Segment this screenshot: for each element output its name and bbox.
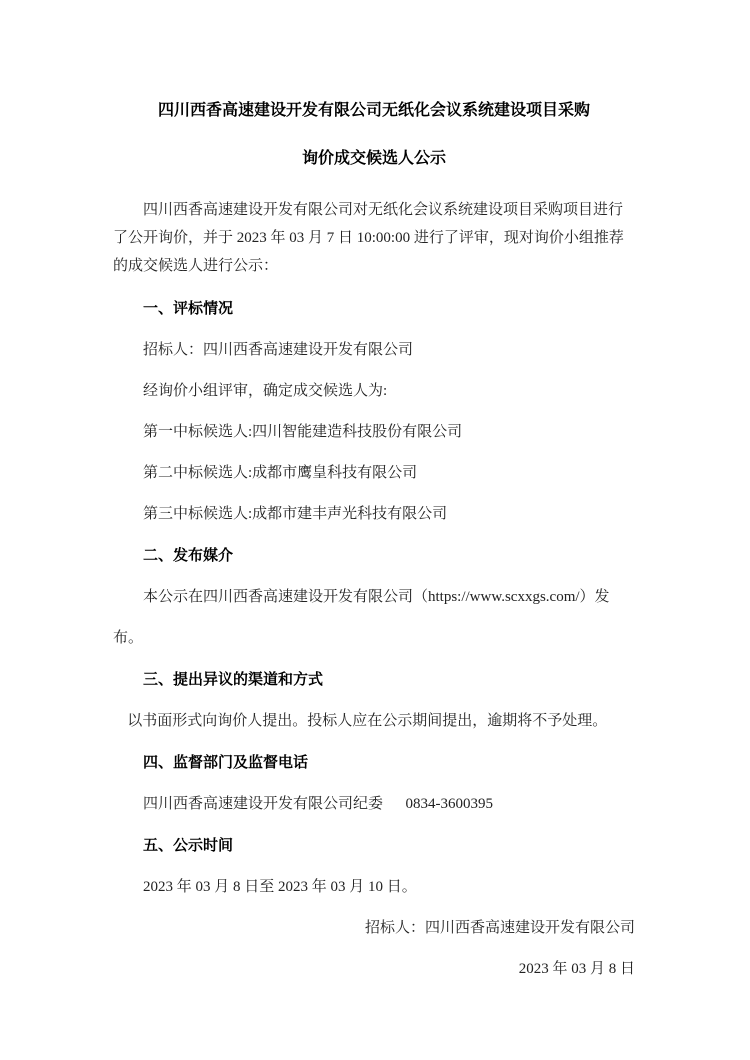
candidate-1-line: 第一中标候选人:四川智能建造科技股份有限公司 — [113, 417, 635, 447]
bidder-line: 招标人：四川西香高速建设开发有限公司 — [113, 335, 635, 365]
candidate-3-line: 第三中标候选人:成都市建丰声光科技有限公司 — [113, 499, 635, 529]
intro-line: 四川西香高速建设开发有限公司对无纸化会议系统建设项目采购项目进行 — [113, 196, 635, 224]
section-2-heading: 二、发布媒介 — [113, 541, 635, 571]
section-supervision: 四、监督部门及监督电话 四川西香高速建设开发有限公司纪委 0834-360039… — [113, 748, 635, 819]
section-evaluation: 一、评标情况 招标人：四川西香高速建设开发有限公司 经询价小组评审，确定成交候选… — [113, 294, 635, 529]
candidate-2-line: 第二中标候选人:成都市鹰皇科技有限公司 — [113, 458, 635, 488]
evaluation-result-line: 经询价小组评审，确定成交候选人为: — [113, 376, 635, 406]
intro-paragraph: 四川西香高速建设开发有限公司对无纸化会议系统建设项目采购项目进行 了公开询价，并… — [113, 196, 635, 280]
section-media: 二、发布媒介 本公示在四川西香高速建设开发有限公司（https://www.sc… — [113, 541, 635, 653]
document-page: 四川西香高速建设开发有限公司无纸化会议系统建设项目采购 询价成交候选人公示 四川… — [0, 0, 750, 1060]
supervision-contact-line: 四川西香高速建设开发有限公司纪委 0834-3600395 — [113, 789, 635, 819]
intro-line: 的成交候选人进行公示： — [113, 252, 635, 280]
signature-block: 招标人：四川西香高速建设开发有限公司 2023 年 03 月 8 日 — [113, 913, 635, 984]
section-publicity-period: 五、公示时间 2023 年 03 月 8 日至 2023 年 03 月 10 日… — [113, 831, 635, 902]
section-1-heading: 一、评标情况 — [113, 294, 635, 324]
section-3-heading: 三、提出异议的渠道和方式 — [113, 665, 635, 695]
section-objection: 三、提出异议的渠道和方式 以书面形式向询价人提出。投标人应在公示期间提出，逾期将… — [113, 665, 635, 736]
intro-line: 了公开询价，并于 2023 年 03 月 7 日 10:00:00 进行了评审，… — [113, 224, 635, 252]
media-line: 本公示在四川西香高速建设开发有限公司（https://www.scxxgs.co… — [113, 582, 635, 612]
signature-bidder: 招标人：四川西香高速建设开发有限公司 — [113, 913, 635, 943]
document-title: 四川西香高速建设开发有限公司无纸化会议系统建设项目采购 — [113, 100, 635, 122]
document-subtitle: 询价成交候选人公示 — [113, 148, 635, 170]
objection-line: 以书面形式向询价人提出。投标人应在公示期间提出，逾期将不予处理。 — [113, 706, 635, 736]
section-4-heading: 四、监督部门及监督电话 — [113, 748, 635, 778]
media-line-wrap: 布。 — [113, 623, 635, 653]
signature-date: 2023 年 03 月 8 日 — [113, 954, 635, 984]
publicity-period-line: 2023 年 03 月 8 日至 2023 年 03 月 10 日。 — [113, 872, 635, 902]
section-5-heading: 五、公示时间 — [113, 831, 635, 861]
